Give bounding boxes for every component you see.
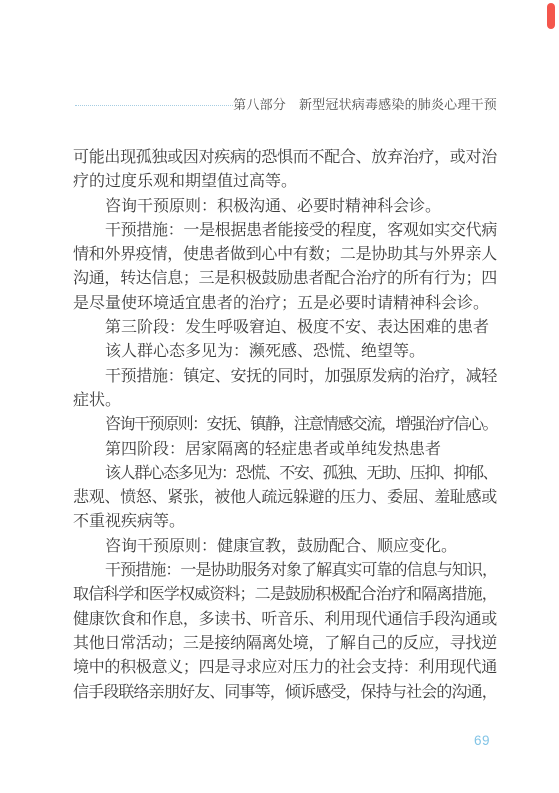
- body-text-line: 疗的过度乐观和期望值过高等。: [73, 170, 497, 194]
- body-text-line: 情和外界疫情，使患者做到心中有数；二是协助其与外界亲人: [73, 243, 497, 267]
- body-text-line: 其他日常活动；三是接纳隔离处境，了解自己的反应，寻找逆: [73, 632, 497, 656]
- body-text-line: 第四阶段：居家隔离的轻症患者或单纯发热患者: [73, 438, 497, 462]
- body-text-line: 可能出现孤独或因对疾病的恐惧而不配合、放弃治疗，或对治: [73, 146, 497, 170]
- header-rule: [75, 105, 233, 106]
- body-text-line: 信手段联络亲朋好友、同事等，倾诉感受，保持与社会的沟通，: [73, 681, 497, 705]
- body-text-line: 境中的积极意义；四是寻求应对压力的社会支持：利用现代通: [73, 656, 497, 680]
- page-number: 69: [474, 734, 490, 748]
- body-text-line: 干预措施：镇定、安抚的同时，加强原发病的治疗，减轻: [73, 365, 497, 389]
- body-text-line: 咨询干预原则：安抚、镇静，注意情感交流，增强治疗信心。: [73, 413, 497, 437]
- document-page: 第八部分新型冠状病毒感染的肺炎心理干预 可能出现孤独或因对疾病的恐惧而不配合、放…: [0, 0, 559, 793]
- body-text-line: 是尽量使环境适宜患者的治疗；五是必要时请精神科会诊。: [73, 292, 497, 316]
- body-text-line: 该人群心态多见为：濒死感、恐慌、绝望等。: [73, 340, 497, 364]
- body-text-line: 健康饮食和作息，多读书、听音乐、利用现代通信手段沟通或: [73, 608, 497, 632]
- body-text-line: 症状。: [73, 389, 497, 413]
- body-text-line: 沟通，转达信息；三是积极鼓励患者配合治疗的所有行为；四: [73, 267, 497, 291]
- body-text-line: 干预措施：一是协助服务对象了解真实可靠的信息与知识，: [73, 559, 497, 583]
- page-header: 第八部分新型冠状病毒感染的肺炎心理干预: [233, 97, 497, 113]
- scrollbar-thumb[interactable]: [547, 3, 555, 29]
- body-text-line: 咨询干预原则：积极沟通、必要时精神科会诊。: [73, 195, 497, 219]
- body-text-line: 干预措施：一是根据患者能接受的程度，客观如实交代病: [73, 219, 497, 243]
- body-text-line: 取信科学和医学权威资料；二是鼓励积极配合治疗和隔离措施，: [73, 583, 497, 607]
- body-text-line: 咨询干预原则：健康宣教，鼓励配合、顺应变化。: [73, 535, 497, 559]
- body-text-line: 该人群心态多见为：恐慌、不安、孤独、无助、压抑、抑郁、: [73, 462, 497, 486]
- body-text-line: 不重视疾病等。: [73, 510, 497, 534]
- header-section-label: 第八部分: [233, 97, 286, 112]
- body-text-line: 第三阶段：发生呼吸窘迫、极度不安、表达困难的患者: [73, 316, 497, 340]
- body-text-block: 可能出现孤独或因对疾病的恐惧而不配合、放弃治疗，或对治疗的过度乐观和期望值过高等…: [73, 146, 497, 705]
- body-text-line: 悲观、愤怒、紧张，被他人疏远躲避的压力、委屈、羞耻感或: [73, 486, 497, 510]
- header-title: 新型冠状病毒感染的肺炎心理干预: [299, 97, 497, 112]
